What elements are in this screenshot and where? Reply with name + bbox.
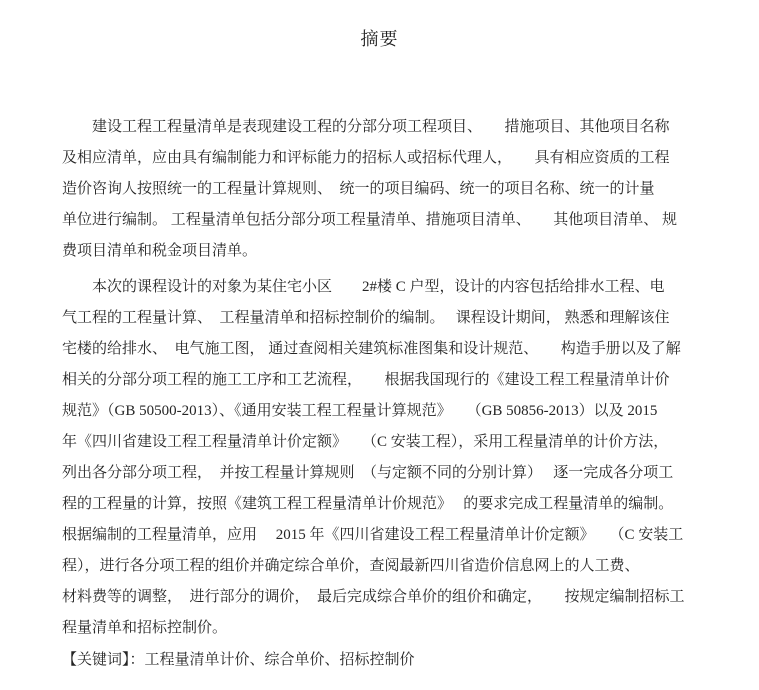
text-line: 造价咨询人按照统一的工程量计算规则、 统一的项目编码、统一的项目名称、统一的计量 xyxy=(62,174,697,205)
text-line: 建设工程工程量清单是表现建设工程的分部分项工程项目、 措施项目、其他项目名称 xyxy=(62,112,697,143)
document-body: 建设工程工程量清单是表现建设工程的分部分项工程项目、 措施项目、其他项目名称及相… xyxy=(62,112,697,676)
text-line: 列出各分部分项工程， 并按工程量计算规则 （与定额不同的分别计算） 逐一完成各分… xyxy=(62,458,697,489)
text-line: 单位进行编制。 工程量清单包括分部分项工程量清单、措施项目清单、 其他项目清单、… xyxy=(62,205,697,236)
abstract-paragraph-2: 本次的课程设计的对象为某住宅小区 2#楼 C 户型，设计的内容包括给排水工程、电… xyxy=(62,272,697,644)
text-line: 本次的课程设计的对象为某住宅小区 2#楼 C 户型，设计的内容包括给排水工程、电 xyxy=(62,272,697,303)
text-line: 程的工程量的计算，按照《建筑工程工程量清单计价规范》 的要求完成工程量清单的编制… xyxy=(62,489,697,520)
document-page: 摘要 建设工程工程量清单是表现建设工程的分部分项工程项目、 措施项目、其他项目名… xyxy=(0,0,759,690)
page-title: 摘要 xyxy=(0,0,759,52)
text-line: 程），进行各分项工程的组价并确定综合单价，查阅最新四川省造价信息网上的人工费、 xyxy=(62,551,697,582)
text-line: 规范》（GB 50500-2013）、《通用安装工程工程量计算规范》 （GB 5… xyxy=(62,396,697,427)
text-line: 根据编制的工程量清单，应用 2015 年《四川省建设工程工程量清单计价定额》 （… xyxy=(62,520,697,551)
text-line: 宅楼的给排水、 电气施工图， 通过查阅相关建筑标准图集和设计规范、 构造手册以及… xyxy=(62,334,697,365)
keywords-line: 【关键词】：工程量清单计价、综合单价、招标控制价 xyxy=(62,645,697,676)
text-line: 年《四川省建设工程工程量清单计价定额》 （C 安装工程），采用工程量清单的计价方… xyxy=(62,427,697,458)
text-line: 气工程的工程量计算、 工程量清单和招标控制价的编制。 课程设计期间， 熟悉和理解… xyxy=(62,303,697,334)
text-line: 材料费等的调整， 进行部分的调价， 最后完成综合单价的组价和确定， 按规定编制招… xyxy=(62,582,697,613)
text-line: 费项目清单和税金项目清单。 xyxy=(62,236,697,267)
text-line: 程量清单和招标控制价。 xyxy=(62,613,697,644)
text-line: 及相应清单，应由具有编制能力和评标能力的招标人或招标代理人， 具有相应资质的工程 xyxy=(62,143,697,174)
abstract-paragraph-1: 建设工程工程量清单是表现建设工程的分部分项工程项目、 措施项目、其他项目名称及相… xyxy=(62,112,697,267)
text-line: 相关的分部分项工程的施工工序和工艺流程， 根据我国现行的《建设工程工程量清单计价 xyxy=(62,365,697,396)
